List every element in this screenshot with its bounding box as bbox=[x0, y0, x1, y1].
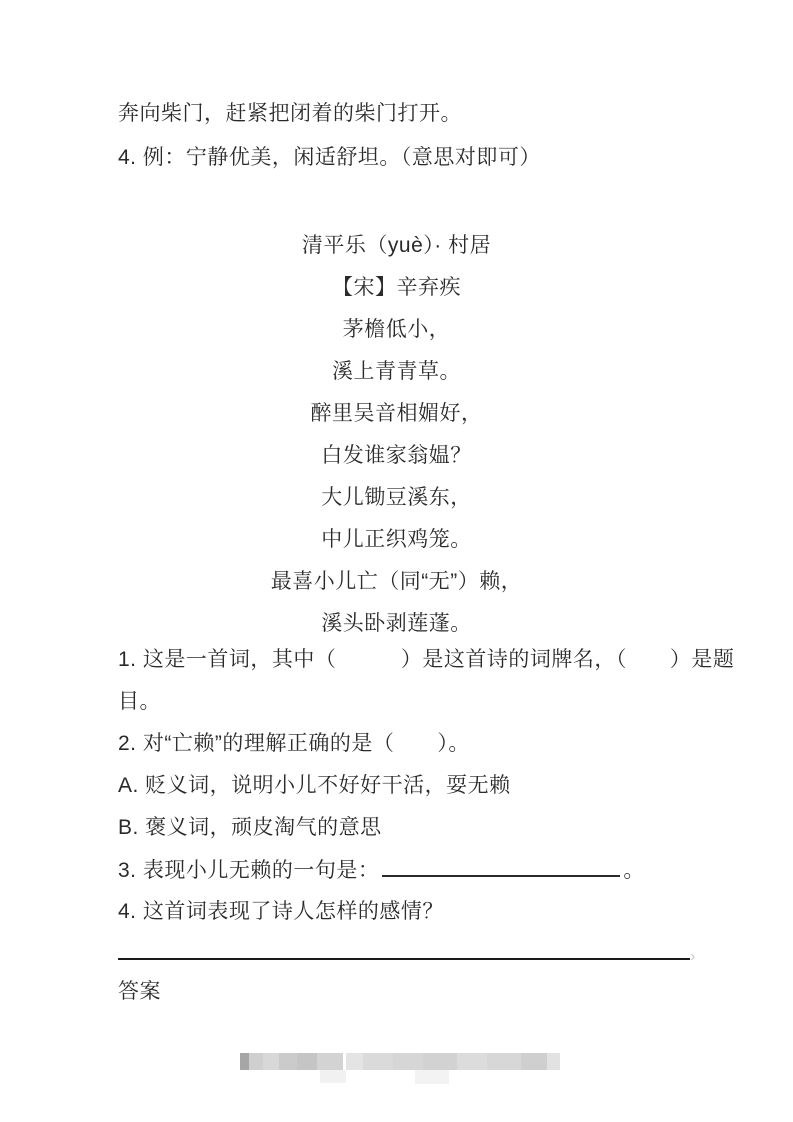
intro-line-1: 奔向柴门，赶紧把闭着的柴门打开。 bbox=[118, 101, 693, 127]
poem-line: 溪头卧剥莲蓬。 bbox=[0, 611, 793, 637]
poem-line: 最喜小儿亡（同“无”）赖， bbox=[0, 569, 793, 595]
question-2: 2. 对“亡赖”的理解正确的是（ ）。 bbox=[118, 731, 693, 757]
answer-blank-underline bbox=[382, 857, 620, 877]
question-3-text: 3. 表现小儿无赖的一句是： bbox=[118, 859, 379, 882]
poem-line: 溪上青青草。 bbox=[0, 359, 793, 385]
answer-section-heading: 答案 bbox=[118, 979, 693, 1005]
poem-line: 大儿锄豆溪东， bbox=[0, 485, 793, 511]
question-3: 3. 表现小儿无赖的一句是：。 bbox=[118, 857, 693, 884]
question-1-line-2: 目。 bbox=[118, 689, 693, 715]
poem-title: 清平乐（yuè）· 村居 bbox=[0, 233, 793, 259]
poem-line: 白发谁家翁媪？ bbox=[0, 443, 793, 469]
worksheet-page: 奔向柴门，赶紧把闭着的柴门打开。 4. 例：宁静优美，闲适舒坦。（意思对即可） … bbox=[0, 0, 793, 1122]
section-divider bbox=[118, 958, 690, 960]
intro-line-2: 4. 例：宁静优美，闲适舒坦。（意思对即可） bbox=[118, 145, 693, 171]
question-2-option-b: B. 褒义词，顽皮淘气的意思 bbox=[118, 815, 693, 841]
poem-line: 醉里吴音相媚好， bbox=[0, 401, 793, 427]
question-2-option-a: A. 贬义词，说明小儿不好好干活，耍无赖 bbox=[118, 773, 693, 799]
divider-tail-artifact: › bbox=[690, 948, 695, 966]
question-3-period: 。 bbox=[623, 859, 645, 882]
poem-line: 中儿正织鸡笼。 bbox=[0, 527, 793, 553]
question-4: 4. 这首词表现了诗人怎样的感情？ bbox=[118, 899, 693, 925]
question-1-line-1: 1. 这是一首词，其中（ ）是这首诗的词牌名，（ ）是题 bbox=[118, 647, 693, 673]
poem-line: 茅檐低小， bbox=[0, 317, 793, 343]
poem-author: 【宋】辛弃疾 bbox=[0, 275, 793, 301]
